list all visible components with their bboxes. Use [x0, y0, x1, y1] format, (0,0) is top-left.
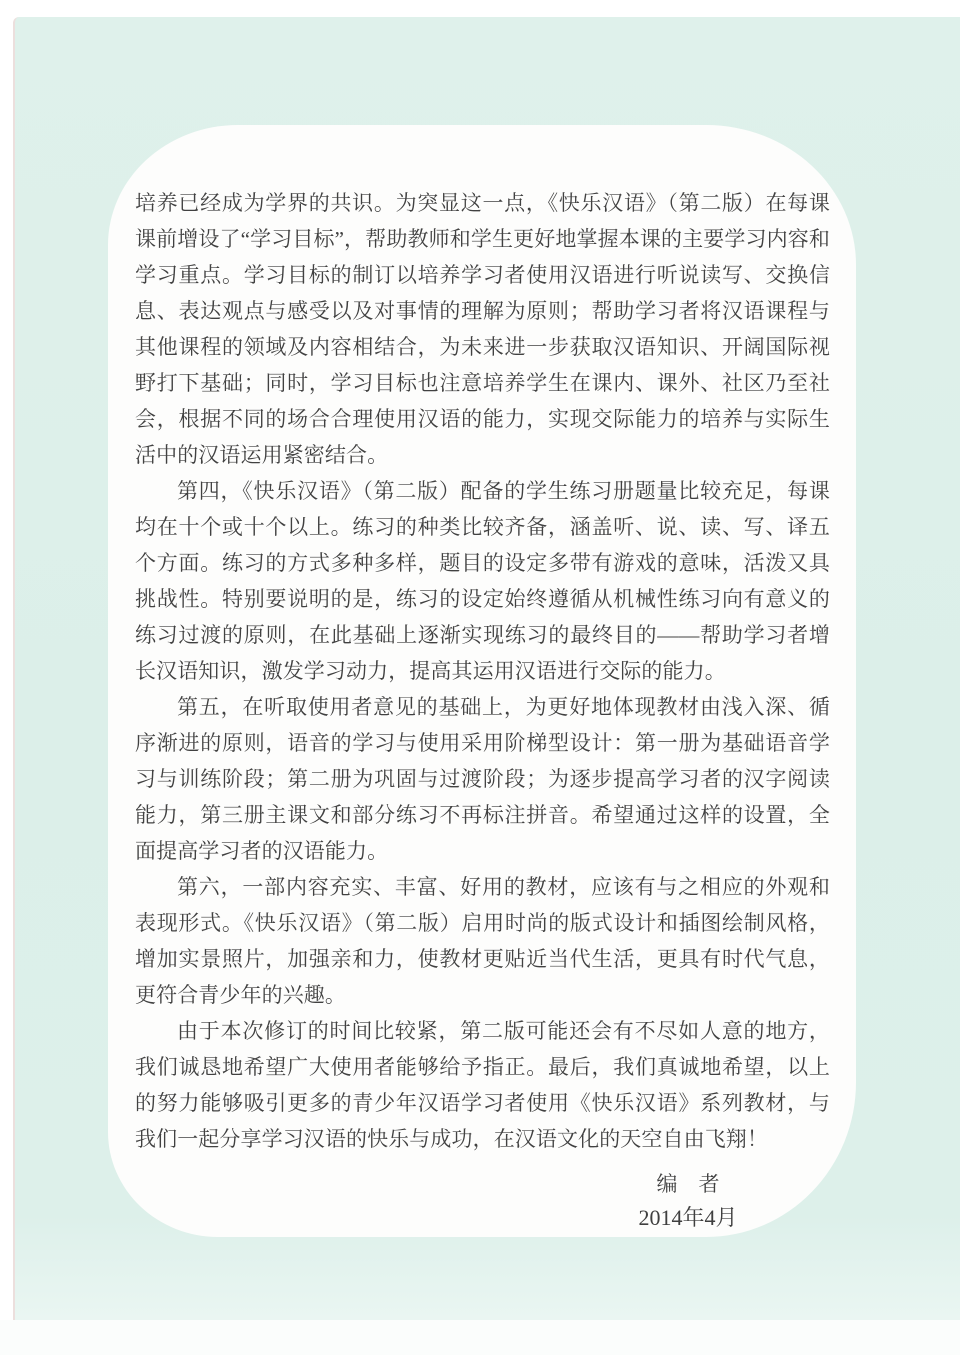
- paragraph-point-five: 第五，在听取使用者意见的基础上，为更好地体现教材由浅入深、循序渐进的原则，语音的…: [135, 689, 830, 869]
- paragraph-point-four: 第四，《快乐汉语》（第二版）配备的学生练习册题量比较充足，每课均在十个或十个以上…: [135, 473, 830, 689]
- scanned-page: 培养已经成为学界的共识。为突显这一点，《快乐汉语》（第二版）在每课课前增设了“学…: [0, 0, 960, 1355]
- paragraph-point-six: 第六，一部内容充实、丰富、好用的教材，应该有与之相应的外观和表现形式。《快乐汉语…: [135, 869, 830, 1013]
- author-signature: 编 者: [618, 1167, 758, 1201]
- scan-bottom-edge: [0, 1320, 960, 1355]
- content-card: 培养已经成为学界的共识。为突显这一点，《快乐汉语》（第二版）在每课课前增设了“学…: [108, 125, 856, 1237]
- preface-text: 培养已经成为学界的共识。为突显这一点，《快乐汉语》（第二版）在每课课前增设了“学…: [135, 185, 830, 1157]
- paragraph-closing: 由于本次修订的时间比较紧，第二版可能还会有不尽如人意的地方，我们诚恳地希望广大使…: [135, 1013, 830, 1157]
- publication-date: 2014年4月: [618, 1201, 758, 1235]
- paragraph-continuation: 培养已经成为学界的共识。为突显这一点，《快乐汉语》（第二版）在每课课前增设了“学…: [135, 185, 830, 473]
- signature-block: 编 者 2014年4月: [618, 1167, 758, 1235]
